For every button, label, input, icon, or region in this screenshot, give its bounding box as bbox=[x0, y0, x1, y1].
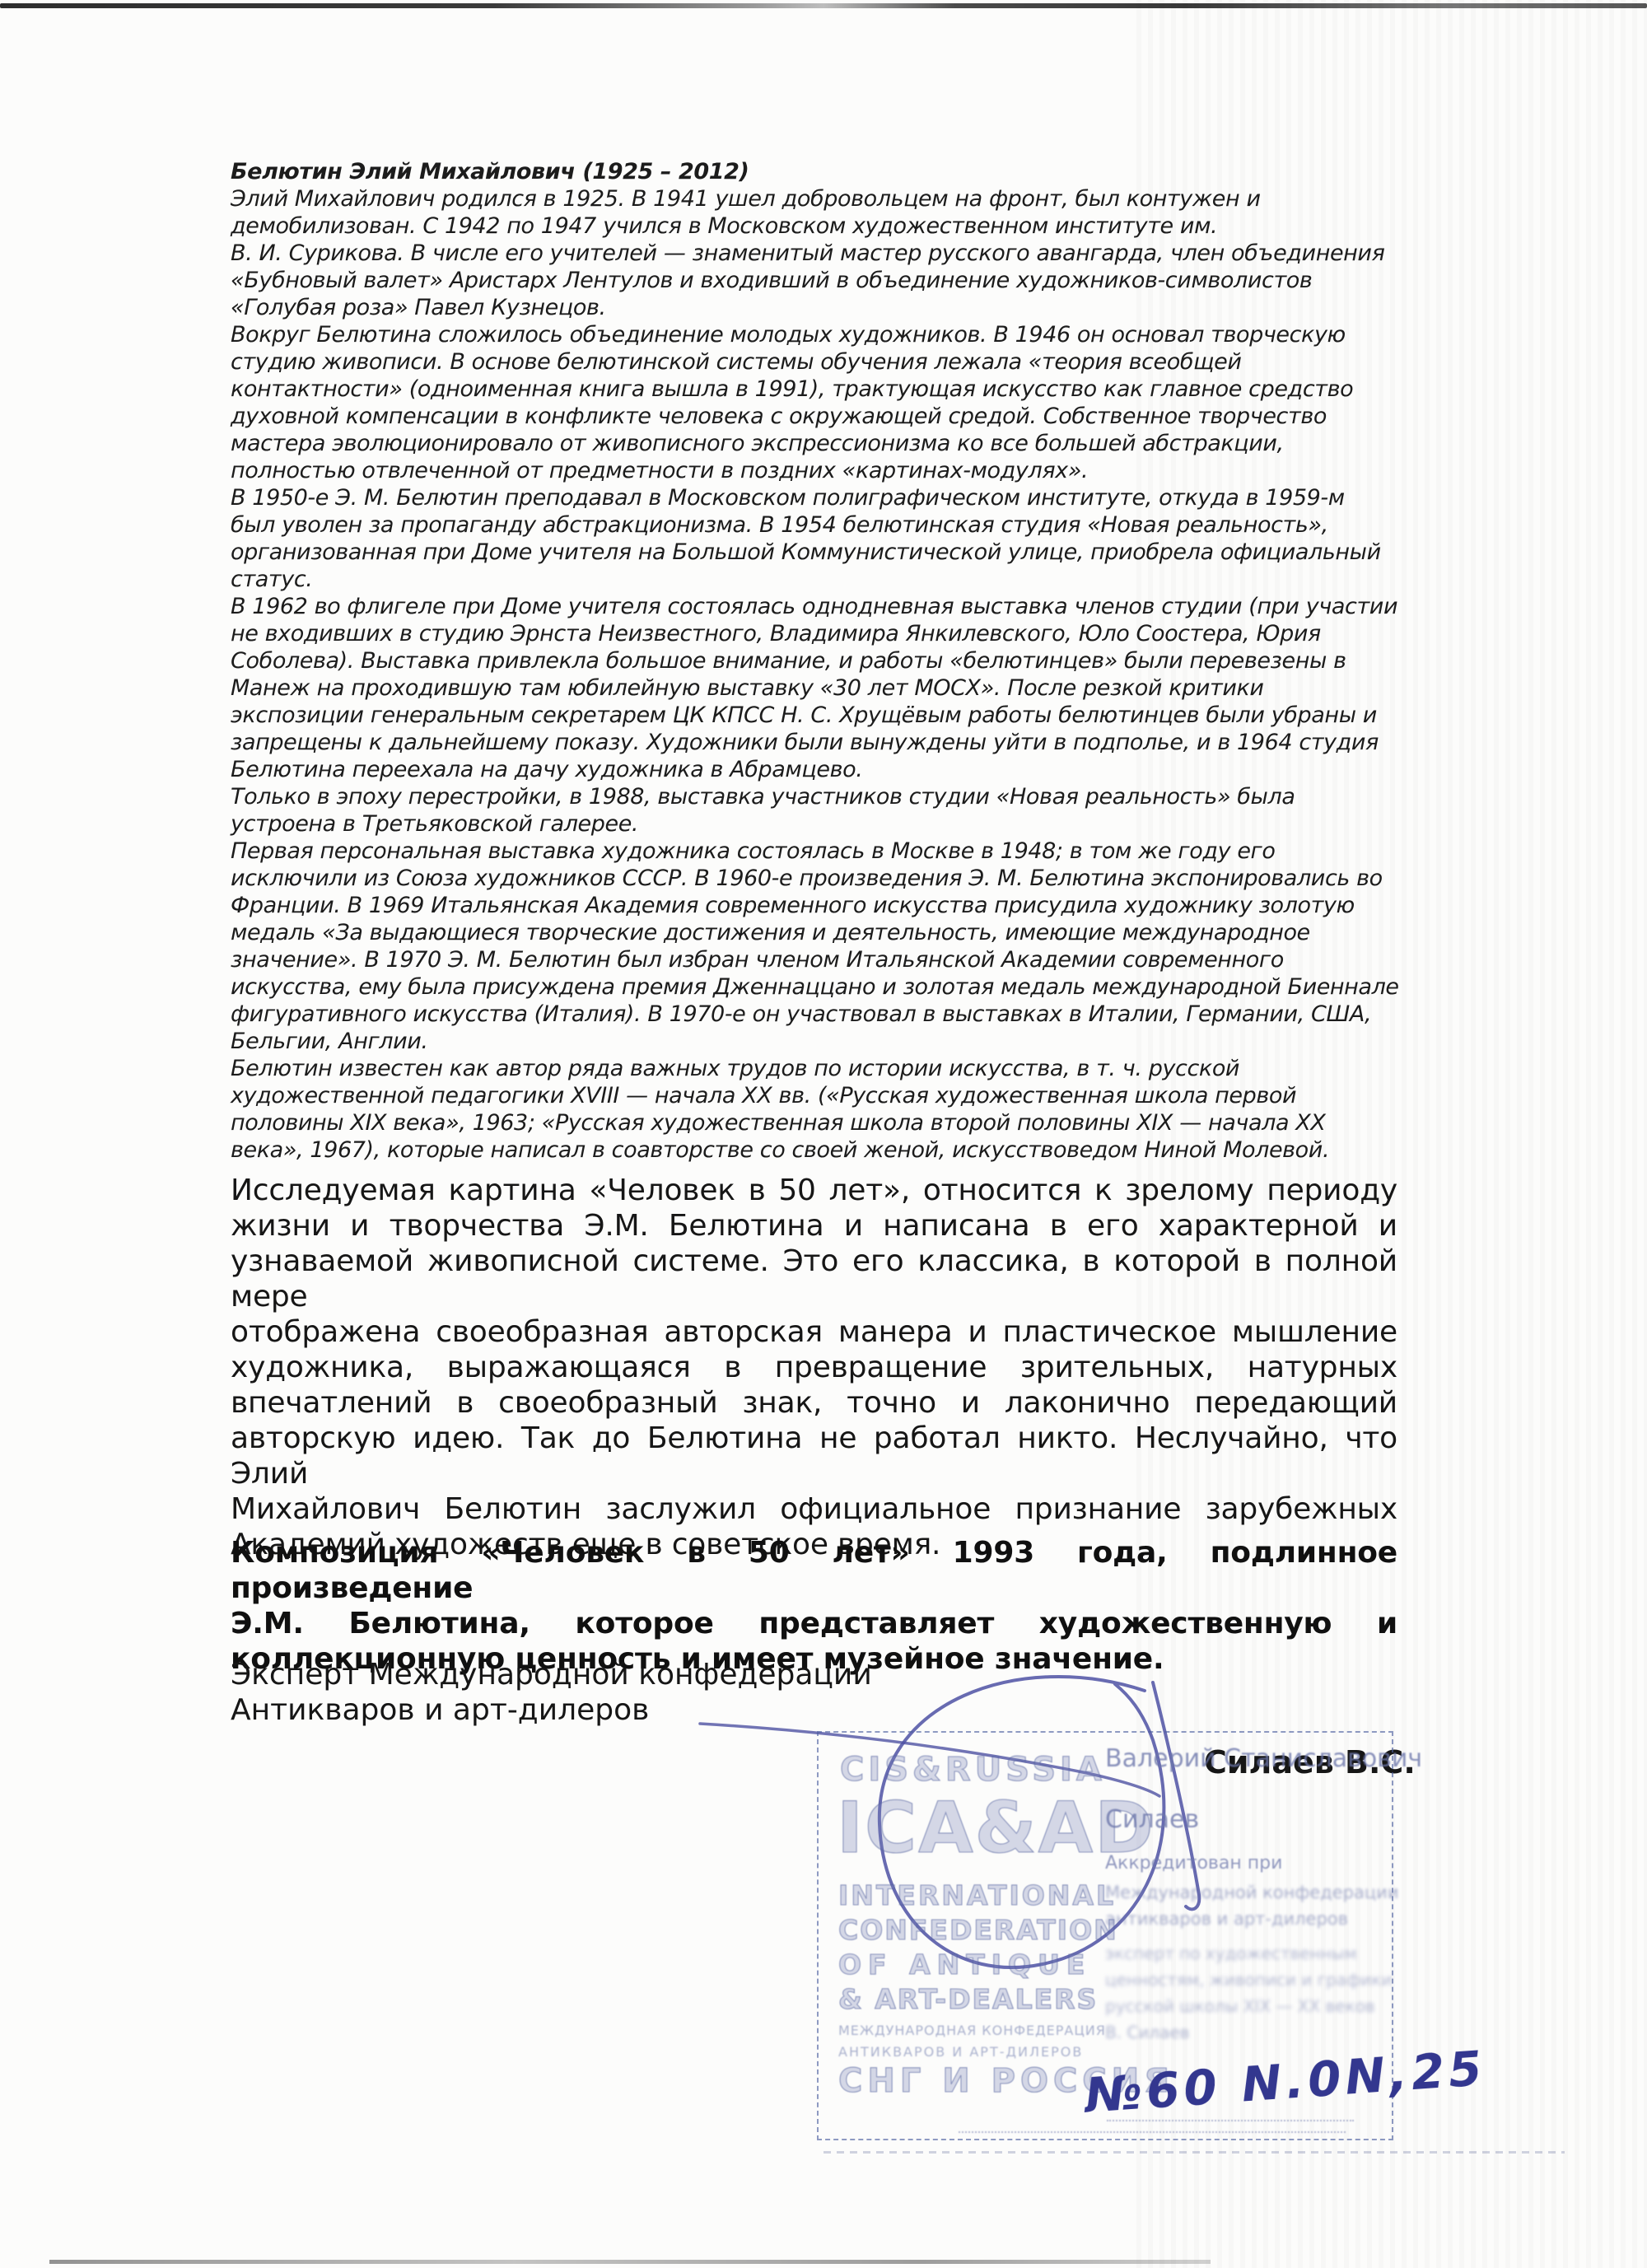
scanner-edge-line-bottom bbox=[49, 2260, 1211, 2264]
stamp-text-line: русской школы XIX — XX веков bbox=[1105, 1996, 1375, 2016]
text-line: Манеж на проходившую там юбилейную выста… bbox=[231, 674, 1416, 702]
biography-title: Белютин Элий Михайлович (1925 – 2012) bbox=[231, 158, 1416, 185]
text-line: впечатлений в своеобразный знак, точно и… bbox=[231, 1385, 1397, 1421]
text-line: «Голубая роза» Павел Кузнецов. bbox=[231, 294, 1416, 321]
text-line: века», 1967), которые написал в соавторс… bbox=[231, 1136, 1416, 1164]
stamp-text-line: Валерий Станиславович bbox=[1105, 1744, 1422, 1773]
text-line: Вокруг Белютина сложилось объединение мо… bbox=[231, 321, 1416, 348]
stamp-text-line: МЕЖДУНАРОДНАЯ КОНФЕДЕРАЦИЯ bbox=[838, 2023, 1106, 2038]
text-line: Композиция «Человек в 50 лет» 1993 года,… bbox=[231, 1535, 1397, 1606]
stamp-text-line: & ART-DEALERS bbox=[838, 1983, 1098, 2015]
text-line: узнаваемой живописной системе. Это его к… bbox=[231, 1244, 1397, 1314]
text-line: Соболева). Выставка привлекла большое вн… bbox=[231, 647, 1416, 674]
text-line: В 1950-е Э. М. Белютин преподавал в Моск… bbox=[231, 484, 1416, 511]
text-line: экспозиции генеральным секретарем ЦК КПС… bbox=[231, 702, 1416, 729]
text-line: Исследуемая картина «Человек в 50 лет», … bbox=[231, 1173, 1397, 1208]
biography-text: Элий Михайлович родился в 1925. В 1941 у… bbox=[231, 185, 1416, 1164]
text-line: демобилизован. С 1942 по 1947 учился в М… bbox=[231, 212, 1416, 240]
stamp-text-line: В. Силаев bbox=[1105, 2023, 1190, 2042]
text-line: статус. bbox=[231, 566, 1416, 593]
text-line: половины XIX века», 1963; «Русская худож… bbox=[231, 1109, 1416, 1136]
text-line: Элий Михайлович родился в 1925. В 1941 у… bbox=[231, 185, 1416, 212]
analysis-paragraph: Исследуемая картина «Человек в 50 лет», … bbox=[231, 1173, 1397, 1562]
stamp-text-line: Силаев bbox=[1105, 1805, 1199, 1834]
text-line: Белютина переехала на дачу художника в А… bbox=[231, 756, 1416, 783]
text-line: Первая персональная выставка художника с… bbox=[231, 838, 1416, 865]
text-line: полностью отвлеченной от предметности в … bbox=[231, 457, 1416, 484]
stamp-text-line: антикваров и арт-дилеров bbox=[1105, 1909, 1348, 1929]
text-line: исключили из Союза художников СССР. В 19… bbox=[231, 865, 1416, 892]
text-line: контактности» (одноименная книга вышла в… bbox=[231, 376, 1416, 403]
text-line: художественной педагогики XVIII — начала… bbox=[231, 1082, 1416, 1109]
text-line: Только в эпоху перестройки, в 1988, выст… bbox=[231, 783, 1416, 810]
stamp-text-line: Аккредитован при bbox=[1105, 1853, 1282, 1874]
text-line: В. И. Сурикова. В числе его учителей — з… bbox=[231, 240, 1416, 267]
text-line: В 1962 во флигеле при Доме учителя состо… bbox=[231, 593, 1416, 620]
text-line: фигуративного искусства (Италия). В 1970… bbox=[231, 1001, 1416, 1028]
text-line: Бельгии, Англии. bbox=[231, 1028, 1416, 1055]
text-line: значение». В 1970 Э. М. Белютин был избр… bbox=[231, 946, 1416, 973]
text-line: искусства, ему была присуждена премия Дж… bbox=[231, 973, 1416, 1001]
text-line: студию живописи. В основе белютинской си… bbox=[231, 348, 1416, 376]
text-line: отображена своеобразная авторская манера… bbox=[231, 1314, 1397, 1350]
stamp-text-line: CIS&RUSSIA bbox=[840, 1751, 1106, 1789]
text-line: духовной компенсации в конфликте человек… bbox=[231, 403, 1416, 430]
scanner-edge-line-top bbox=[0, 3, 1647, 8]
stamp-text-line: INTERNATIONAL bbox=[838, 1879, 1116, 1911]
text-line: художника, выражающаяся в превращение зр… bbox=[231, 1350, 1397, 1385]
text-line: Франции. В 1969 Итальянская Академия сов… bbox=[231, 892, 1416, 919]
stamp-text-line: эксперт по художественным bbox=[1105, 1944, 1357, 1963]
stamp-text-line: АНТИКВАРОВ И АРТ-ДИЛЕРОВ bbox=[838, 2044, 1083, 2060]
text-line: Михайлович Белютин заслужил официальное … bbox=[231, 1491, 1397, 1527]
scanned-document-page: Белютин Элий Михайлович (1925 – 2012) Эл… bbox=[0, 0, 1647, 2268]
text-line: авторскую идею. Так до Белютина не работ… bbox=[231, 1421, 1397, 1491]
stamp-text-line: CONFEDERATION bbox=[838, 1914, 1118, 1946]
text-line: жизни и творчества Э.М. Белютина и напис… bbox=[231, 1208, 1397, 1244]
text-line: «Бубновый валет» Аристарх Лентулов и вхо… bbox=[231, 267, 1416, 294]
text-line: не входивших в студию Эрнста Неизвестног… bbox=[231, 620, 1416, 647]
text-line: мастера эволюционировало от живописного … bbox=[231, 430, 1416, 457]
stamp-text-line: OF ANTIQUE bbox=[838, 1948, 1091, 1981]
biography-section: Белютин Элий Михайлович (1925 – 2012) Эл… bbox=[231, 158, 1416, 1164]
stamp-text-line: ценностям, живописи и графики bbox=[1105, 1970, 1392, 1990]
text-line: был уволен за пропаганду абстракционизма… bbox=[231, 511, 1416, 539]
scan-artifact-line bbox=[823, 2151, 1565, 2154]
text-line: устроена в Третьяковской галерее. bbox=[231, 810, 1416, 838]
text-line: организованная при Доме учителя на Больш… bbox=[231, 539, 1416, 566]
text-line: запрещены к дальнейшему показу. Художник… bbox=[231, 729, 1416, 756]
stamp-text-line: Международной конфедерации bbox=[1105, 1883, 1398, 1902]
text-line: Белютин известен как автор ряда важных т… bbox=[231, 1055, 1416, 1082]
text-line: медаль «За выдающиеся творческие достиже… bbox=[231, 919, 1416, 946]
